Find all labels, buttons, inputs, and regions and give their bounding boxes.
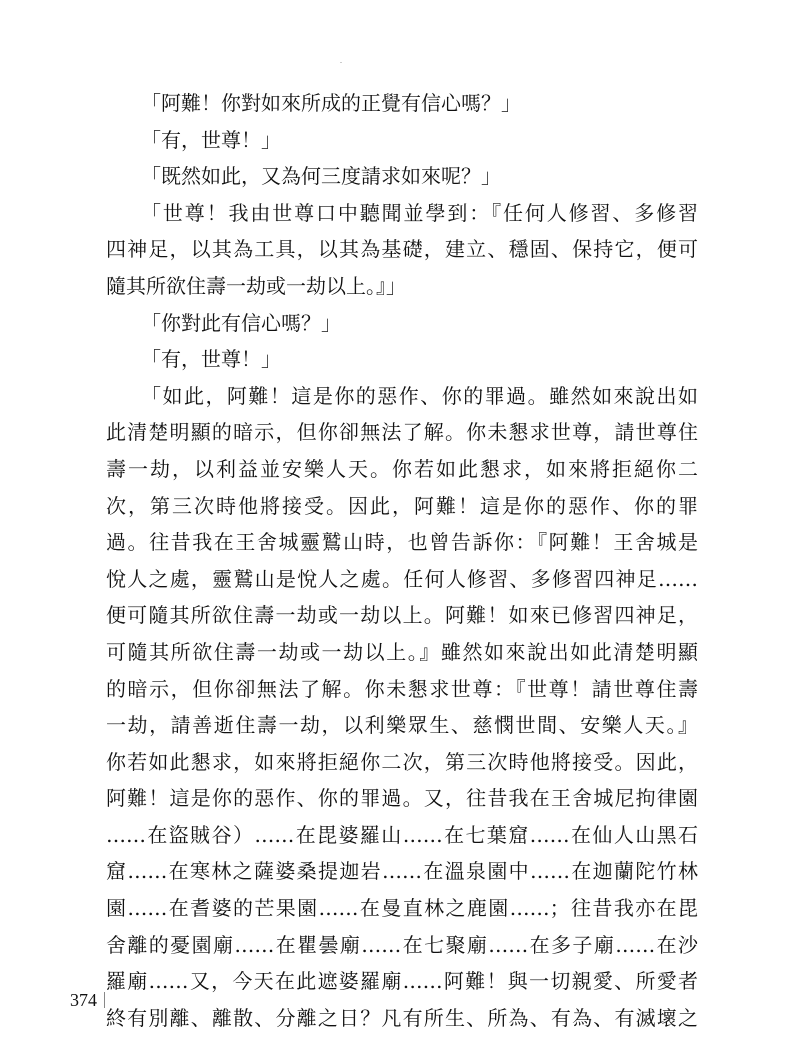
text-line: 次，第三次時他將接受。因此，阿難！這是你的惡作、你的罪 xyxy=(106,488,698,525)
body-text: 「阿難！你對如來所成的正覺有信心嗎？」 「有，世尊！」 「既然如此，又為何三度請… xyxy=(106,85,698,1036)
text-line: 「有，世尊！」 xyxy=(106,341,698,378)
book-page: 「阿難！你對如來所成的正覺有信心嗎？」 「有，世尊！」 「既然如此，又為何三度請… xyxy=(0,0,792,1056)
text-line: 過。往昔我在王舍城靈鷲山時，也曾告訴你：『阿難！王舍城是 xyxy=(106,524,698,561)
text-line: 的暗示，但你卻無法了解。你未懇求世尊：『世尊！請世尊住壽 xyxy=(106,671,698,708)
page-number: 374 xyxy=(70,990,97,1011)
text-line: 羅廟……又，今天在此遮婆羅廟……阿難！與一切親愛、所愛者 xyxy=(106,963,698,1000)
scan-speck xyxy=(340,62,342,63)
text-line: 窟……在寒林之薩婆桑提迦岩……在溫泉園中……在迦蘭陀竹林 xyxy=(106,853,698,890)
text-line: ……在盜賊谷）……在毘婆羅山……在七葉窟……在仙人山黑石 xyxy=(106,817,698,854)
text-line: 悅人之處，靈鷲山是悅人之處。任何人修習、多修習四神足…… xyxy=(106,561,698,598)
text-line: 四神足，以其為工具，以其為基礎，建立、穩固、保持它，便可 xyxy=(106,231,698,268)
text-line: 可隨其所欲住壽一劫或一劫以上。』雖然如來說出如此清楚明顯 xyxy=(106,634,698,671)
folio-divider xyxy=(104,992,105,1008)
text-line: 隨其所欲住壽一劫或一劫以上。』」 xyxy=(106,268,698,305)
text-line: 「有，世尊！」 xyxy=(106,122,698,159)
text-line: 「阿難！你對如來所成的正覺有信心嗎？」 xyxy=(106,85,698,122)
text-line: 一劫，請善逝住壽一劫，以利樂眾生、慈憫世間、安樂人天。』 xyxy=(106,707,698,744)
text-line: 你若如此懇求，如來將拒絕你二次，第三次時他將接受。因此， xyxy=(106,744,698,781)
text-line: 此清楚明顯的暗示，但你卻無法了解。你未懇求世尊，請世尊住 xyxy=(106,414,698,451)
text-line: 阿難！這是你的惡作、你的罪過。又，往昔我在王舍城尼拘律園 xyxy=(106,780,698,817)
text-line: 「你對此有信心嗎？」 xyxy=(106,305,698,342)
text-line: 園……在耆婆的芒果園……在曼直林之鹿園……；往昔我亦在毘 xyxy=(106,890,698,927)
text-line: 「如此，阿難！這是你的惡作、你的罪過。雖然如來說出如 xyxy=(106,378,698,415)
text-line: 壽一劫，以利益並安樂人天。你若如此懇求，如來將拒絕你二 xyxy=(106,451,698,488)
text-line: 舍離的憂園廟……在瞿曇廟……在七聚廟……在多子廟……在沙 xyxy=(106,927,698,964)
text-line: 終有別離、離散、分離之日？凡有所生、所為、有為、有滅壞之 xyxy=(106,1000,698,1037)
text-line: 「世尊！我由世尊口中聽聞並學到：『任何人修習、多修習 xyxy=(106,195,698,232)
text-line: 「既然如此，又為何三度請求如來呢？」 xyxy=(106,158,698,195)
text-line: 便可隨其所欲住壽一劫或一劫以上。阿難！如來已修習四神足， xyxy=(106,597,698,634)
